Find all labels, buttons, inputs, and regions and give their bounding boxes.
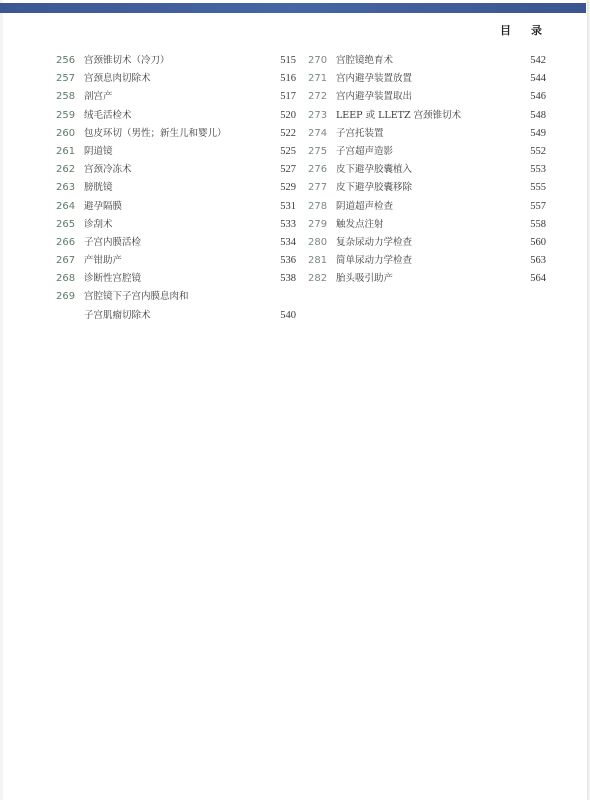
- entry-title: 宫腔镜下子宫内膜息肉和: [84, 288, 189, 306]
- toc-entry[interactable]: 278阴道超声检查557: [308, 198, 546, 216]
- entry-page-number: 531: [280, 198, 296, 216]
- entry-page-number: 563: [530, 252, 546, 270]
- entry-number: 266: [56, 234, 75, 252]
- entry-title: 诊断性宫腔镜: [84, 270, 141, 288]
- entry-page-number: 548: [530, 107, 546, 125]
- toc-entry[interactable]: 子宫肌瘤切除术540: [56, 307, 296, 325]
- toc-entry[interactable]: 265诊刮术533: [56, 216, 296, 234]
- toc-entry[interactable]: 269宫腔镜下子宫内膜息肉和: [56, 288, 296, 306]
- entry-title: 剖宫产: [84, 88, 113, 106]
- entry-page-number: 558: [530, 216, 546, 234]
- entry-title: 阴道镜: [84, 143, 113, 161]
- entry-page-number: 542: [530, 52, 546, 70]
- entry-page-number: 560: [530, 234, 546, 252]
- toc-entry[interactable]: 257宫颈息肉切除术516: [56, 70, 296, 88]
- entry-number: 268: [56, 270, 75, 288]
- entry-page-number: 534: [280, 234, 296, 252]
- entry-number: 256: [56, 52, 75, 70]
- entry-title: 复杂尿动力学检查: [336, 234, 412, 252]
- entry-number: 263: [56, 179, 75, 197]
- entry-page-number: 546: [530, 88, 546, 106]
- toc-entry[interactable]: 279触发点注射558: [308, 216, 546, 234]
- page-title: 目录: [500, 22, 562, 38]
- entry-title: 产钳助产: [84, 252, 122, 270]
- entry-page-number: 520: [280, 107, 296, 125]
- toc-entry[interactable]: 267产钳助产536: [56, 252, 296, 270]
- toc-entry[interactable]: 258剖宫产517: [56, 88, 296, 106]
- entry-number: 262: [56, 161, 75, 179]
- entry-page-number: 525: [280, 143, 296, 161]
- entry-page-number: 549: [530, 125, 546, 143]
- toc-entry[interactable]: 276皮下避孕胶囊植入553: [308, 161, 546, 179]
- toc-entry[interactable]: 271宫内避孕装置放置544: [308, 70, 546, 88]
- entry-title: 皮下避孕胶囊植入: [336, 161, 412, 179]
- entry-page-number: 529: [280, 179, 296, 197]
- entry-number: 280: [308, 234, 327, 252]
- entry-title: 宫颈冷冻术: [84, 161, 132, 179]
- toc-entry[interactable]: 282胎头吸引助产564: [308, 270, 546, 288]
- toc-entry[interactable]: 260包皮环切（男性；新生儿和婴儿）522: [56, 125, 296, 143]
- entry-title: 触发点注射: [336, 216, 384, 234]
- entry-page-number: 557: [530, 198, 546, 216]
- entry-page-number: 538: [280, 270, 296, 288]
- toc-entry[interactable]: 280复杂尿动力学检查560: [308, 234, 546, 252]
- toc-entry[interactable]: 277皮下避孕胶囊移除555: [308, 179, 546, 197]
- entry-page-number: 540: [280, 307, 296, 325]
- toc-entry[interactable]: 261阴道镜525: [56, 143, 296, 161]
- entry-number: 278: [308, 198, 327, 216]
- toc-entry[interactable]: 275子宫超声造影552: [308, 143, 546, 161]
- entry-number: 273: [308, 107, 327, 125]
- entry-title: 宫腔镜绝育术: [336, 52, 393, 70]
- entry-number: 267: [56, 252, 75, 270]
- entry-title: 宫颈锥切术（冷刀）: [84, 52, 170, 70]
- entry-title: LEEP 或 LLETZ 宫颈锥切术: [336, 107, 461, 125]
- toc-column-right: 270宫腔镜绝育术542271宫内避孕装置放置544272宫内避孕装置取出546…: [308, 52, 546, 288]
- entry-title: 子宫超声造影: [336, 143, 393, 161]
- entry-title: 包皮环切（男性；新生儿和婴儿）: [84, 125, 227, 143]
- entry-page-number: 515: [280, 52, 296, 70]
- toc-entry[interactable]: 273LEEP 或 LLETZ 宫颈锥切术548: [308, 107, 546, 125]
- entry-number: 281: [308, 252, 327, 270]
- entry-page-number: 533: [280, 216, 296, 234]
- toc-entry[interactable]: 259绒毛活检术520: [56, 107, 296, 125]
- entry-title: 简单尿动力学检查: [336, 252, 412, 270]
- entry-number: 264: [56, 198, 75, 216]
- entry-number: 279: [308, 216, 327, 234]
- entry-page-number: 536: [280, 252, 296, 270]
- entry-title: 膀胱镜: [84, 179, 113, 197]
- toc-entry[interactable]: 264避孕隔膜531: [56, 198, 296, 216]
- entry-page-number: 522: [280, 125, 296, 143]
- entry-page-number: 552: [530, 143, 546, 161]
- toc-column-left: 256宫颈锥切术（冷刀）515257宫颈息肉切除术516258剖宫产517259…: [56, 52, 296, 325]
- entry-title: 子宫托装置: [336, 125, 384, 143]
- header-color-bar: [0, 3, 586, 13]
- entry-title: 宫颈息肉切除术: [84, 70, 151, 88]
- entry-number: 257: [56, 70, 75, 88]
- entry-number: 271: [308, 70, 327, 88]
- entry-number: 261: [56, 143, 75, 161]
- entry-title: 皮下避孕胶囊移除: [336, 179, 412, 197]
- entry-title: 绒毛活检术: [84, 107, 132, 125]
- entry-number: 265: [56, 216, 75, 234]
- entry-page-number: 544: [530, 70, 546, 88]
- entry-title: 宫内避孕装置放置: [336, 70, 412, 88]
- toc-entry[interactable]: 281简单尿动力学检查563: [308, 252, 546, 270]
- toc-entry[interactable]: 268诊断性宫腔镜538: [56, 270, 296, 288]
- entry-title: 诊刮术: [84, 216, 113, 234]
- entry-number: 276: [308, 161, 327, 179]
- entry-number: 259: [56, 107, 75, 125]
- entry-number: 269: [56, 288, 75, 306]
- entry-page-number: 527: [280, 161, 296, 179]
- entry-number: 277: [308, 179, 327, 197]
- entry-number: 258: [56, 88, 75, 106]
- entry-title: 胎头吸引助产: [336, 270, 393, 288]
- toc-entry[interactable]: 274子宫托装置549: [308, 125, 546, 143]
- toc-entry[interactable]: 263膀胱镜529: [56, 179, 296, 197]
- entry-title: 宫内避孕装置取出: [336, 88, 412, 106]
- entry-title: 子宫内膜活检: [84, 234, 141, 252]
- toc-entry[interactable]: 266子宫内膜活检534: [56, 234, 296, 252]
- entry-number: 272: [308, 88, 327, 106]
- entry-page-number: 555: [530, 179, 546, 197]
- entry-page-number: 517: [280, 88, 296, 106]
- entry-title: 子宫肌瘤切除术: [84, 307, 151, 325]
- entry-title: 避孕隔膜: [84, 198, 122, 216]
- entry-number: 274: [308, 125, 327, 143]
- entry-number: 282: [308, 270, 327, 288]
- entry-page-number: 516: [280, 70, 296, 88]
- entry-title: 阴道超声检查: [336, 198, 393, 216]
- entry-page-number: 553: [530, 161, 546, 179]
- entry-page-number: 564: [530, 270, 546, 288]
- toc-entry[interactable]: 262宫颈冷冻术527: [56, 161, 296, 179]
- toc-entry[interactable]: 270宫腔镜绝育术542: [308, 52, 546, 70]
- toc-entry[interactable]: 256宫颈锥切术（冷刀）515: [56, 52, 296, 70]
- entry-number: 275: [308, 143, 327, 161]
- entry-number: 260: [56, 125, 75, 143]
- toc-entry[interactable]: 272宫内避孕装置取出546: [308, 88, 546, 106]
- entry-number: 270: [308, 52, 327, 70]
